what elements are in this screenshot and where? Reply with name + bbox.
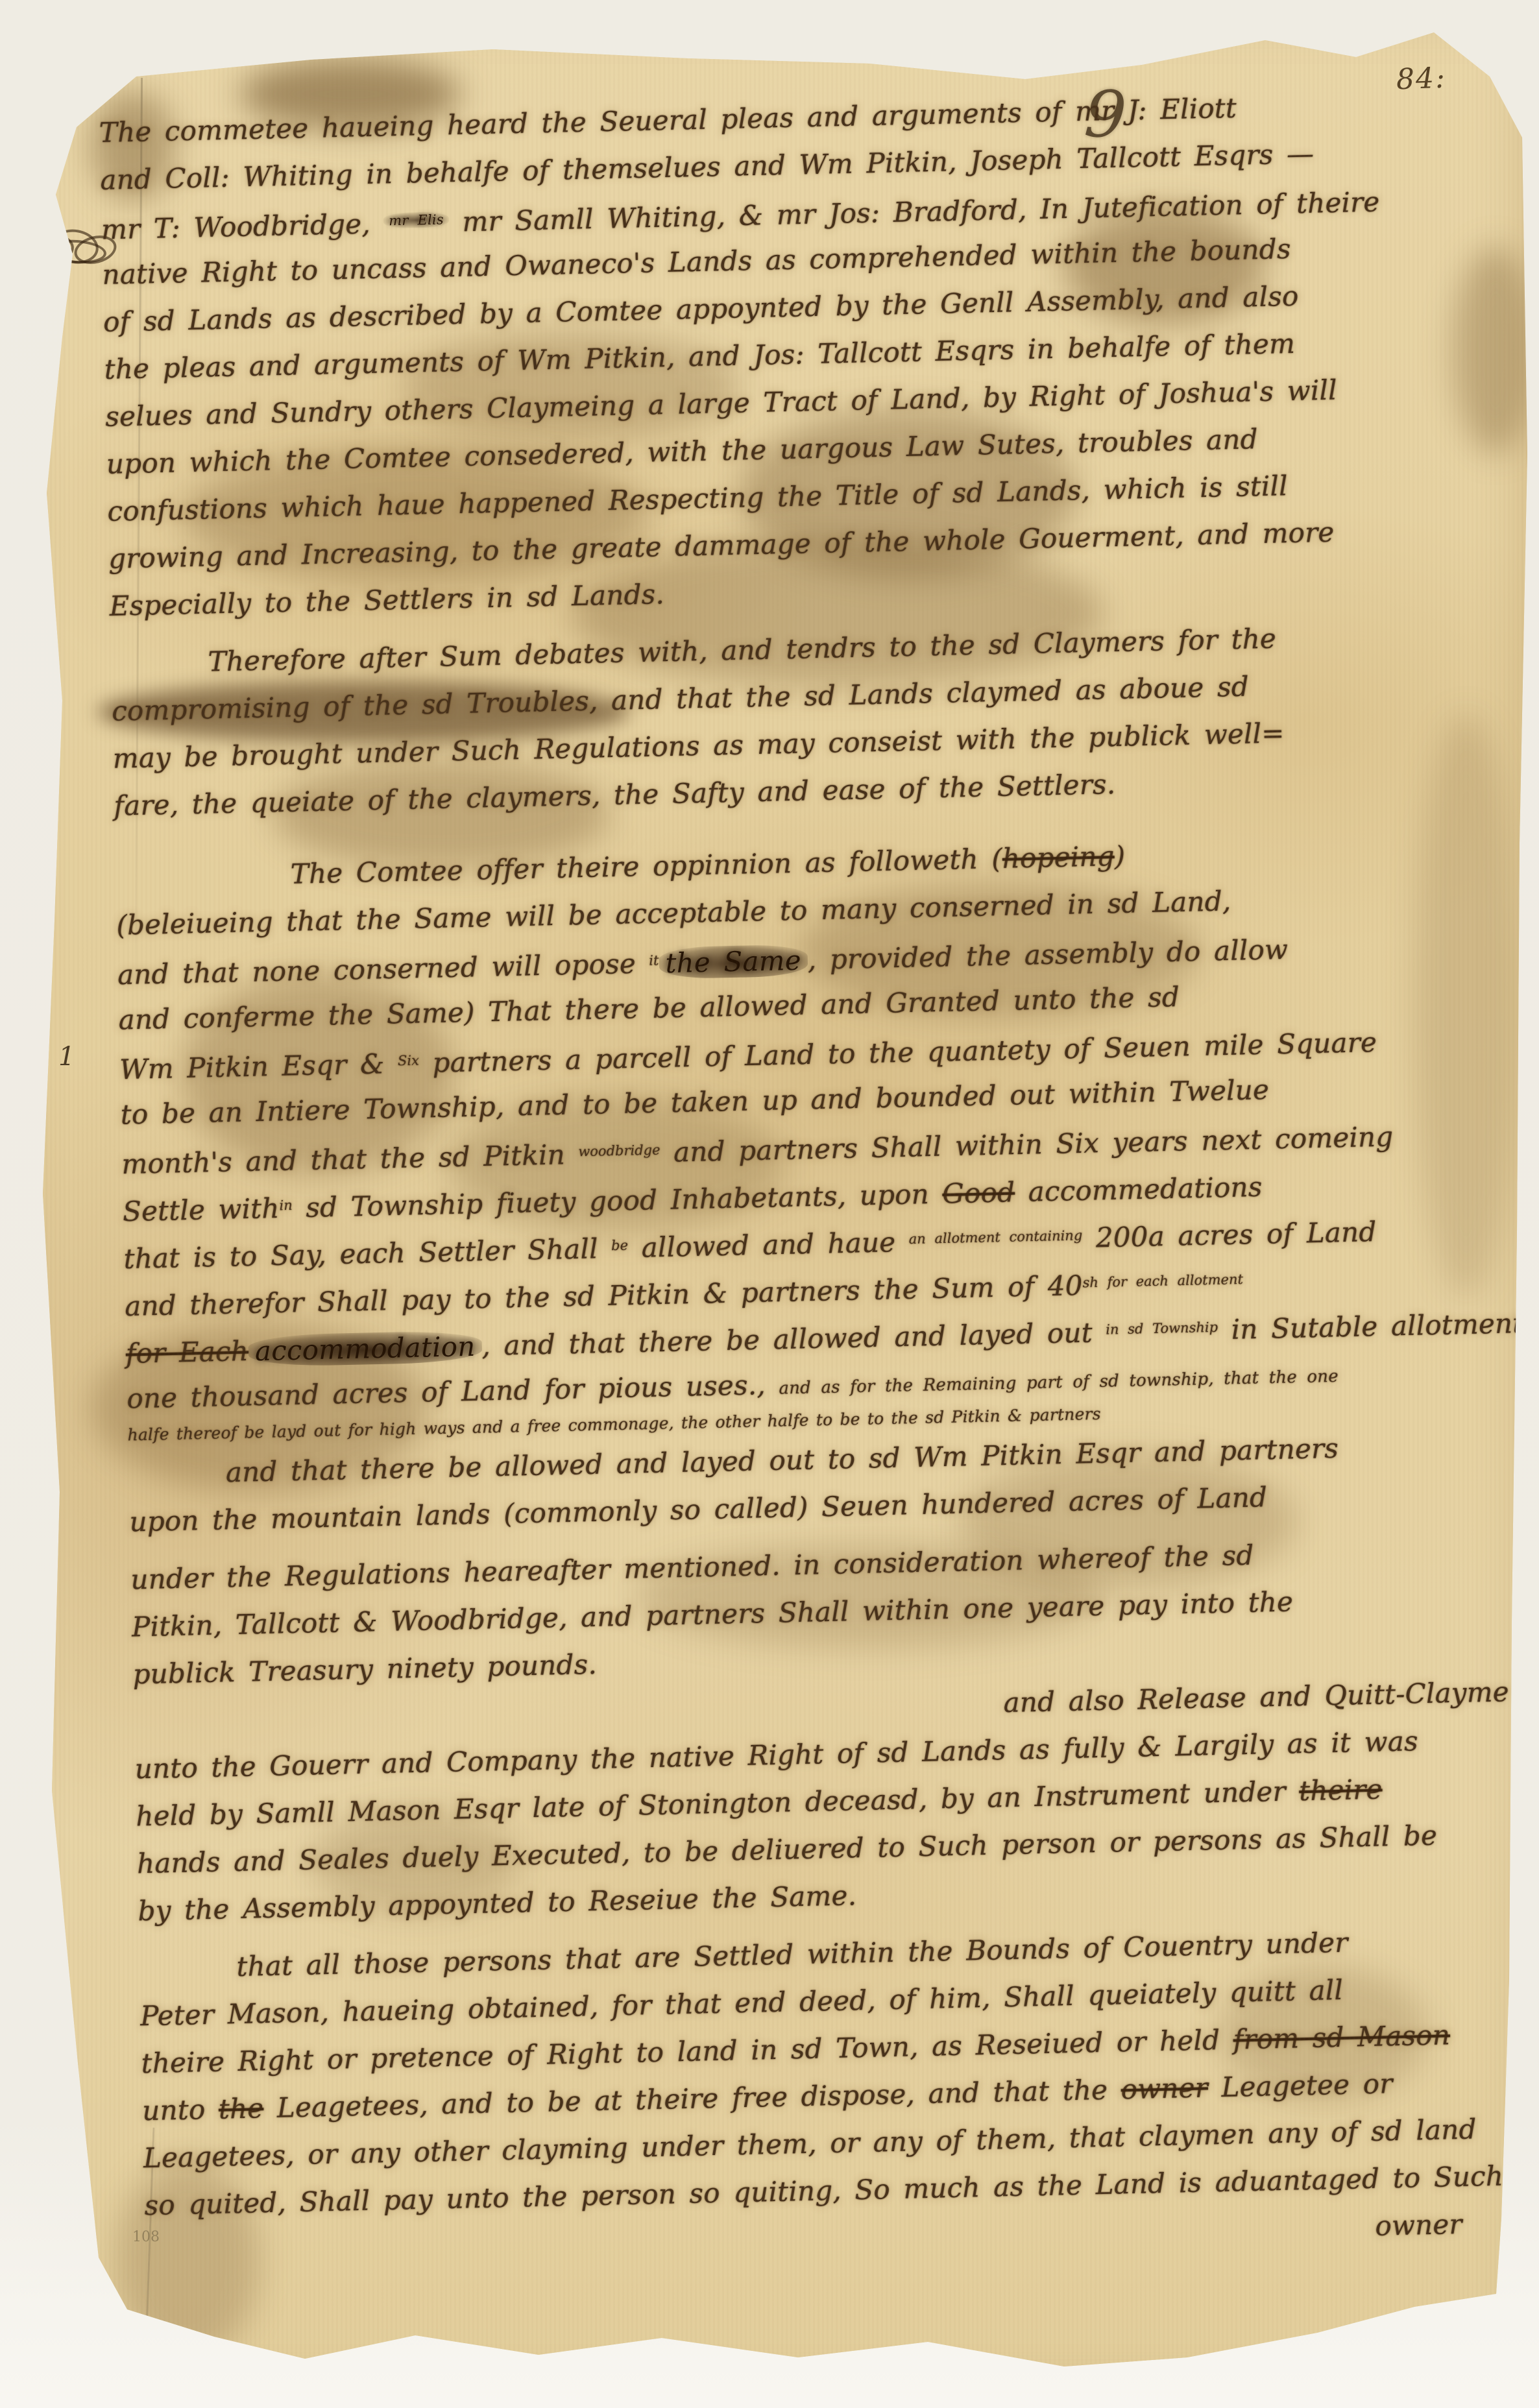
- ink-smudge: [960, 1453, 1298, 1589]
- margin-number-1: 1: [58, 1042, 75, 1072]
- text-segment: partners a parcell of Land to the quante…: [418, 1026, 1377, 1079]
- manuscript-line: and conferme the Same) That there be all…: [118, 966, 1520, 1044]
- manuscript-line: mr T: Woodbridge, mr Elis mr Samll Whiti…: [101, 173, 1503, 251]
- page-number: 84:: [1396, 62, 1447, 97]
- manuscript-line: native Right to uncass and Owaneco's Lan…: [102, 221, 1504, 298]
- manuscript-line: Wm Pitkin Esqr & Six partners a parcell …: [119, 1013, 1521, 1091]
- manuscript-line: Pitkin, Tallcott & Woodbridge, and partn…: [131, 1572, 1533, 1650]
- ink-smudge: [448, 1096, 785, 1233]
- manuscript-line: and also Release and Quitt-Clayme: [133, 1667, 1535, 1745]
- text-segment: in sd Township: [1106, 1319, 1218, 1338]
- text-segment: theire Right or pretence of Right to lan…: [141, 2024, 1233, 2080]
- text-segment: in Sutable allotments: [1218, 1307, 1538, 1346]
- manuscript-line: Leagetees, or any other clayming under t…: [143, 2104, 1539, 2182]
- ink-smudge: [402, 331, 740, 441]
- text-segment: upon which the Comtee consedered, with t…: [106, 423, 1258, 480]
- text-segment: selues and Sundry others Claymeing a lar…: [105, 374, 1337, 432]
- text-segment: compromising of the sd Troubles, and tha…: [112, 671, 1250, 727]
- manuscript-line: by the Assembly appoynted to Reseiue the…: [138, 1857, 1539, 1934]
- manuscript-line: The Comtee offer theire oppinnion as fol…: [115, 824, 1517, 902]
- ink-smudge: [182, 448, 649, 584]
- text-segment: to be an Intiere Township, and to be tak…: [120, 1074, 1269, 1131]
- ink-smudge: [1220, 1966, 1427, 2102]
- ink-smudge: [798, 882, 1200, 1018]
- text-segment: confustions which haue happened Respecti…: [107, 470, 1288, 527]
- ink-smudge: [91, 1323, 428, 1492]
- text-segment: Settle with: [123, 1192, 280, 1227]
- ink-smudge: [571, 538, 1103, 688]
- text-segment: theire: [1299, 1773, 1383, 1807]
- manuscript-line: unto the Gouerr and Company the native R…: [134, 1715, 1536, 1792]
- scanned-manuscript-page: { "document": { "page_number": "84:", "d…: [0, 0, 1539, 2408]
- text-segment: halfe thereof be layd out for high ways …: [127, 1404, 1101, 1445]
- text-segment: The commetee haueing heard the Seueral p…: [99, 92, 1237, 149]
- manuscript-line: held by Samll Mason Esqr late of Stoning…: [136, 1762, 1538, 1840]
- manuscript-line: fare, the queiate of the claymers, the S…: [114, 752, 1516, 830]
- text-segment: ): [1114, 840, 1126, 872]
- manuscript-line: may be brought under Such Regulations as…: [112, 704, 1514, 782]
- text-segment: Six: [398, 1053, 419, 1069]
- text-segment: sd Township fiuety good Inhabetants, upo…: [292, 1178, 943, 1224]
- manuscript-line: the pleas and arguments of Wm Pitkin, an…: [104, 315, 1506, 393]
- text-segment: in: [279, 1198, 293, 1213]
- manuscript-line: for Eachaccommodation, and that there be…: [125, 1297, 1527, 1375]
- text-segment: Wm Pitkin Esqr &: [119, 1048, 398, 1085]
- text-segment: so quited, Shall pay unto the person so …: [144, 2160, 1504, 2222]
- text-segment: under the Regulations heareafter mention…: [130, 1539, 1254, 1596]
- manuscript-line: unto the Leagetees, and to be at theire …: [142, 2056, 1539, 2134]
- manuscript-line: that is to Say, each Settler Shall be al…: [123, 1202, 1525, 1280]
- text-segment: 200a acres of Land: [1082, 1216, 1377, 1254]
- text-segment: Leagetees, and to be at theire free disp…: [263, 2073, 1121, 2124]
- text-segment: accommodation: [248, 1330, 481, 1367]
- text-segment: from sd Mason: [1233, 2019, 1450, 2055]
- ink-smudge: [1064, 208, 1265, 324]
- text-segment: mr Samll Whiting, & mr Jos: Bradford, In…: [448, 186, 1380, 238]
- manuscript-paper: 84: 9 1 2 108 The commetee haueing heard…: [0, 0, 1539, 2408]
- text-segment: Therefore after Sum debates with, and te…: [208, 623, 1276, 678]
- manuscript-line: so quited, Shall pay unto the person so …: [144, 2151, 1539, 2229]
- text-segment: accommedations: [1015, 1171, 1263, 1208]
- margin-number-2: 2: [52, 2041, 71, 2076]
- text-segment: be: [611, 1238, 628, 1254]
- ink-smudge: [273, 759, 610, 869]
- manuscript-line: Especially to the Settlers in sd Lands.: [109, 552, 1511, 630]
- manuscript-line: and that there be allowed and layed out …: [128, 1420, 1530, 1498]
- text-segment: and that there be allowed and layed out …: [225, 1432, 1339, 1488]
- text-segment: the Same: [659, 944, 808, 979]
- text-segment: hands and Seales duely Executed, to be d…: [136, 1820, 1437, 1880]
- text-segment: native Right to uncass and Owaneco's Lan…: [102, 233, 1291, 291]
- text-segment: owner: [1121, 2071, 1208, 2105]
- manuscript-line: theire Right or pretence of Right to lan…: [141, 2009, 1539, 2087]
- text-segment: of sd Lands as described by a Comtee app…: [103, 280, 1299, 338]
- ink-smudge: [240, 58, 461, 130]
- ink-smudge: [97, 681, 629, 743]
- manuscript-line: selues and Sundry others Claymeing a lar…: [105, 363, 1507, 440]
- margin-ink-scribble: [34, 228, 117, 266]
- text-segment: may be brought under Such Regulations as…: [112, 717, 1285, 774]
- text-segment: and therefor Shall pay to the sd Pitkin …: [125, 1270, 1083, 1322]
- text-segment: an allotment containing: [908, 1227, 1082, 1247]
- text-segment: hopeing: [1002, 840, 1115, 874]
- text-segment: that all those persons that are Settled …: [236, 1927, 1348, 1982]
- text-segment: unto the Gouerr and Company the native R…: [134, 1725, 1418, 1785]
- manuscript-text: The commetee haueing heard the Seueral p…: [99, 78, 1539, 2270]
- text-segment: publick Treasury ninety pounds.: [132, 1648, 597, 1691]
- text-segment: and as for the Remaining part of sd town…: [779, 1367, 1339, 1399]
- text-segment: mr T: Woodbridge,: [101, 208, 384, 245]
- text-segment: Peter Mason, haueing obtained, for that …: [140, 1974, 1344, 2032]
- manuscript-line: publick Treasury ninety pounds.: [132, 1620, 1534, 1698]
- manuscript-line: The commetee haueing heard the Seueral p…: [99, 78, 1501, 156]
- ink-smudge: [1414, 714, 1518, 1297]
- manuscript-line: and Coll: Whiting in behalfe of themselu…: [100, 126, 1502, 204]
- ink-smudge: [117, 2160, 260, 2361]
- text-segment: , provided the assembly do allow: [807, 933, 1288, 976]
- manuscript-line: month's and that the sd Pitkin woodbridg…: [121, 1108, 1523, 1186]
- manuscript-line: and that none conserned will opose itthe…: [117, 919, 1519, 996]
- text-segment: , and that there be allowed and layed ou…: [481, 1316, 1106, 1362]
- manuscript-line: growing and Increasing, to the greate da…: [108, 505, 1510, 583]
- text-segment: fare, the queiate of the claymers, the S…: [114, 768, 1116, 822]
- text-segment: unto: [142, 2093, 219, 2127]
- text-segment: and partners Shall within Six years next…: [660, 1120, 1394, 1168]
- ink-smudge: [311, 1810, 519, 1914]
- manuscript-line: confustions which haue happened Respecti…: [107, 457, 1509, 535]
- text-segment: woodbridge: [578, 1142, 660, 1160]
- manuscript-line: owner: [145, 2198, 1539, 2270]
- text-segment: and that none conserned will opose: [117, 947, 649, 991]
- ink-smudge: [1453, 247, 1538, 454]
- text-segment: Especially to the Settlers in sd Lands.: [109, 578, 664, 622]
- text-segment: owner: [1375, 2208, 1462, 2242]
- manuscript-line: Therefore after Sum debates with, and te…: [110, 610, 1512, 688]
- text-segment: and Coll: Whiting in behalfe of themselu…: [100, 138, 1315, 196]
- manuscript-line: one thousand acres of Land for pious use…: [127, 1344, 1529, 1422]
- docket-number: 9: [1082, 75, 1129, 154]
- paper-crease: [143, 2128, 172, 2401]
- text-segment: Good: [942, 1176, 1015, 1209]
- text-segment: and also Release and Quitt-Clayme: [1003, 1676, 1509, 1718]
- text-segment: for Each: [125, 1335, 248, 1369]
- text-segment: that is to Say, each Settler Shall: [123, 1233, 612, 1275]
- text-segment: sh for each allotment: [1082, 1271, 1243, 1290]
- manuscript-line: upon the mountain lands (commonly so cal…: [129, 1467, 1531, 1545]
- text-segment: and conferme the Same) That there be all…: [118, 981, 1180, 1036]
- text-segment: Leagetees, or any other clayming under t…: [143, 2113, 1477, 2174]
- manuscript-line: under the Regulations heareafter mention…: [130, 1525, 1533, 1603]
- manuscript-line: and therefor Shall pay to the sd Pitkin …: [124, 1249, 1526, 1327]
- text-segment: by the Assembly appoynted to Reseiue the…: [138, 1879, 857, 1927]
- text-segment: Leagetee or: [1207, 2067, 1393, 2103]
- text-segment: held by Samll Mason Esqr late of Stoning…: [136, 1775, 1300, 1832]
- manuscript-line: halfe thereof be layd out for high ways …: [127, 1391, 1529, 1451]
- margin-archival-number: 108: [132, 2229, 160, 2245]
- text-segment: month's and that the sd Pitkin: [121, 1138, 579, 1180]
- text-segment: allowed and haue: [628, 1226, 910, 1264]
- manuscript-line: of sd Lands as described by a Comtee app…: [103, 268, 1505, 346]
- manuscript-line: Settle within sd Township fiuety good In…: [122, 1155, 1524, 1233]
- ink-smudge: [91, 91, 175, 201]
- text-segment: The Comtee offer theire oppinnion as fol…: [290, 843, 1002, 890]
- manuscript-line: compromising of the sd Troubles, and tha…: [111, 657, 1513, 735]
- manuscript-line: (beleiueing that the Same will be accept…: [116, 871, 1518, 949]
- text-segment: Pitkin, Tallcott & Woodbridge, and partn…: [132, 1585, 1294, 1643]
- manuscript-line: hands and Seales duely Executed, to be d…: [136, 1809, 1538, 1887]
- text-segment: one thousand acres of Land for pious use…: [127, 1369, 779, 1415]
- manuscript-line: Peter Mason, haueing obtained, for that …: [139, 1962, 1539, 2040]
- manuscript-line: upon which the Comtee consedered, with t…: [106, 410, 1508, 488]
- ink-smudge: [636, 1544, 1103, 1648]
- text-segment: mr Elis: [383, 211, 449, 228]
- ink-smudge: [740, 409, 1077, 577]
- ink-smudge: [182, 973, 454, 1174]
- text-segment: upon the mountain lands (commonly so cal…: [129, 1481, 1268, 1537]
- paper-crease: [134, 78, 143, 1012]
- text-segment: (beleiueing that the Same will be accept…: [116, 885, 1231, 941]
- manuscript-line: that all those persons that are Settled …: [139, 1914, 1539, 1992]
- text-segment: growing and Increasing, to the greate da…: [108, 516, 1335, 575]
- manuscript-line: to be an Intiere Township, and to be tak…: [120, 1061, 1522, 1138]
- text-segment: the pleas and arguments of Wm Pitkin, an…: [104, 328, 1295, 385]
- text-segment: the: [218, 2092, 263, 2125]
- text-segment: it: [649, 952, 659, 968]
